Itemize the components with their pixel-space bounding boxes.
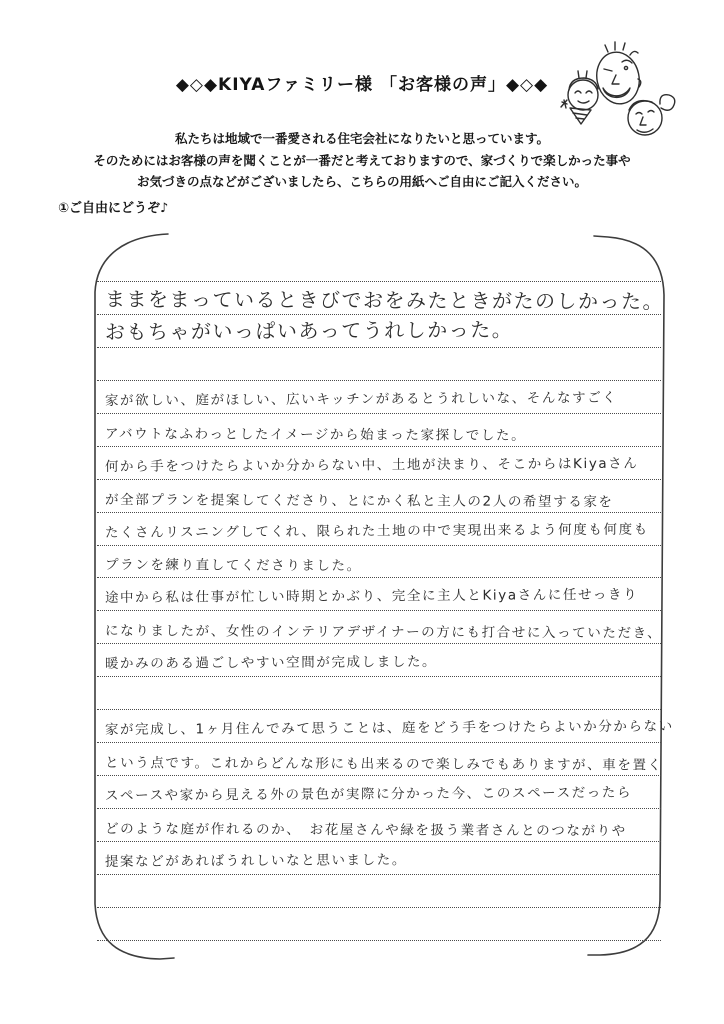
handwritten-line: アバウトなふわっとしたイメージから始まった家探しでした。 [97,425,526,448]
handwritten-line: になりましたが、女性のインテリアデザイナーの方にも打合せに入っていただき、 [97,622,662,645]
intro-line: そのためにはお客様の声を聞くことが一番だと考えておりますので、家づくりで楽しかっ… [0,150,724,172]
intro-line: 私たちは地域で一番愛される住宅会社になりたいと思っています。 [0,128,724,150]
handwritten-line: 暖かみのある過ごしやすい空間が完成しました。 [97,653,437,676]
ruled-line: プランを練り直してくださりました。 [97,546,661,579]
handwritten-line-child: おもちゃがいっぱいあってうれしかった。 [97,316,513,347]
customer-voice-form-page: ◆◇◆KIYAファミリー様 「お客様の声」◆◇◆ [0,0,724,1024]
ruled-line: になりましたが、女性のインテリアデザイナーの方にも打合せに入っていただき、 [97,611,661,644]
ruled-line: アバウトなふわっとしたイメージから始まった家探しでした。 [97,414,661,447]
ruled-line: ままをまっているときびでおをみたときがたのしかった。 [97,282,661,315]
handwritten-line-child: ままをまっているときびでおをみたときがたのしかった。 [97,286,664,316]
ruled-line: が全部プランを提案してくださり、とにかく私と主人の2人の希望する家を [97,480,661,513]
ruled-line: 何から手をつけたらよいか分からない中、土地が決まり、そこからはKiyaさん [97,447,661,480]
ruled-line: という点です。これからどんな形にも出来るので楽しみでもありますが、車を置く [97,743,661,776]
question-label: ①ご自由にどうぞ♪ [58,197,168,216]
handwriting-box: ままをまっているときびでおをみたときがたのしかった。 おもちゃがいっぱいあってう… [88,228,670,970]
intro-line: お気づきの点などがございましたら、こちらの用紙へご自由にご記入ください。 [0,171,724,193]
ruled-line: 家が欲しい、庭がほしい、広いキッチンがあるとうれしいな、そんなすごく [97,381,661,414]
ruled-line: 途中から私は仕事が忙しい時期とかぶり、完全に主人とKiyaさんに任せっきり [97,578,661,611]
handwritten-line: 何から手をつけたらよいか分からない中、土地が決まり、そこからはKiyaさん [97,454,639,478]
handwritten-line: 家が欲しい、庭がほしい、広いキッチンがあるとうれしいな、そんなすごく [97,389,618,413]
handwritten-line: 提案などがあればうれしいなと思いました。 [97,851,407,874]
handwritten-line: どのような庭が作れるのか、 お花屋さんや緑を扱う業者さんとのつながりや [97,820,627,843]
ruled-line [97,908,661,941]
ruled-line: おもちゃがいっぱいあってうれしかった。 [97,315,661,348]
intro-paragraph: 私たちは地域で一番愛される住宅会社になりたいと思っています。 そのためにはお客様… [0,128,724,193]
ruled-line: 暖かみのある過ごしやすい空間が完成しました。 [97,644,661,677]
ruled-line: 提案などがあればうれしいなと思いました。 [97,842,661,875]
handwritten-line: プランを練り直してくださりました。 [97,556,362,578]
handwritten-line: たくさんリスニングしてくれ、限られた土地の中で実現出来るよう何度も何度も [97,520,649,544]
handwritten-line: スペースや家から見える外の景色が実際に分かった今、このスペースだったら [97,784,632,808]
handwritten-line: 家が完成し、1ヶ月住んでみて思うことは、庭をどう手をつけたらよいか分からない [97,718,674,743]
handwritten-line: 途中から私は仕事が忙しい時期とかぶり、完全に主人とKiyaさんに任せっきり [97,586,638,610]
ruled-line [97,348,661,381]
ruled-line: たくさんリスニングしてくれ、限られた土地の中で実現出来るよう何度も何度も [97,513,661,546]
ruled-line: 家が完成し、1ヶ月住んでみて思うことは、庭をどう手をつけたらよいか分からない [97,710,661,743]
ruled-line: どのような庭が作れるのか、 お花屋さんや緑を扱う業者さんとのつながりや [97,809,661,842]
ruled-line [97,228,661,282]
handwritten-line: という点です。これからどんな形にも出来るので楽しみでもありますが、車を置く [97,754,663,777]
ruled-line [97,875,661,908]
ruled-line [97,677,661,710]
ruled-lines: ままをまっているときびでおをみたときがたのしかった。 おもちゃがいっぱいあってう… [97,228,661,941]
ruled-line: スペースや家から見える外の景色が実際に分かった今、このスペースだったら [97,776,661,809]
handwritten-line: が全部プランを提案してくださり、とにかく私と主人の2人の希望する家を [97,491,614,514]
